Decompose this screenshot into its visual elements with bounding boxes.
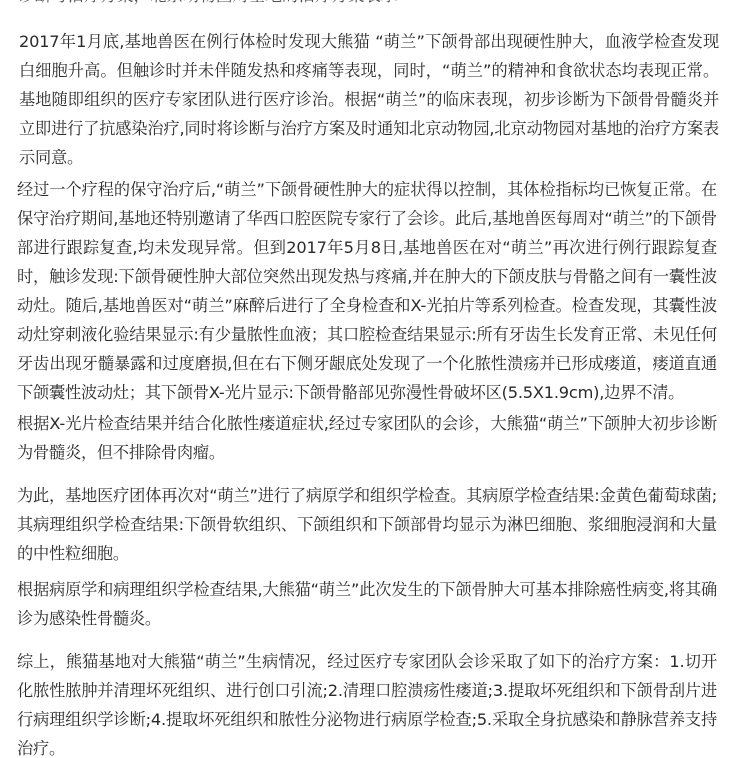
paragraph-final-diagnosis: 根据病原学和病理组织学检查结果,大熊猫“萌兰”此次发生的下颌骨肿大可基本排除癌性… [17, 575, 717, 633]
paragraph-initial-discovery: 2017年1月底,基地兽医在例行体检时发现大熊猫 “萌兰”下颌骨部出现硬性肿大，… [19, 27, 719, 172]
paragraph-pathology-exam: 为此，基地医疗团体再次对“萌兰”进行了病原学和组织学检查。其病原学检查结果:金黄… [17, 481, 717, 568]
paragraph-conservative-treatment: 经过一个疗程的保守治疗后,“萌兰”下颌骨硬性肿大的症状得以控制，其体检指标均已恢… [17, 175, 717, 407]
truncated-previous-line: 诊断与治疗方案，北京动物园对基地的治疗方案表示 [18, 0, 718, 6]
paragraph-treatment-plan: 综上，熊猫基地对大熊猫“萌兰”生病情况，经过医疗专家团队会诊采取了如下的治疗方案… [17, 647, 717, 758]
paragraph-preliminary-diagnosis: 根据X-光片检查结果并结合化脓性瘘道症状,经过专家团队的会诊，大熊猫“萌兰”下颌… [17, 409, 717, 467]
